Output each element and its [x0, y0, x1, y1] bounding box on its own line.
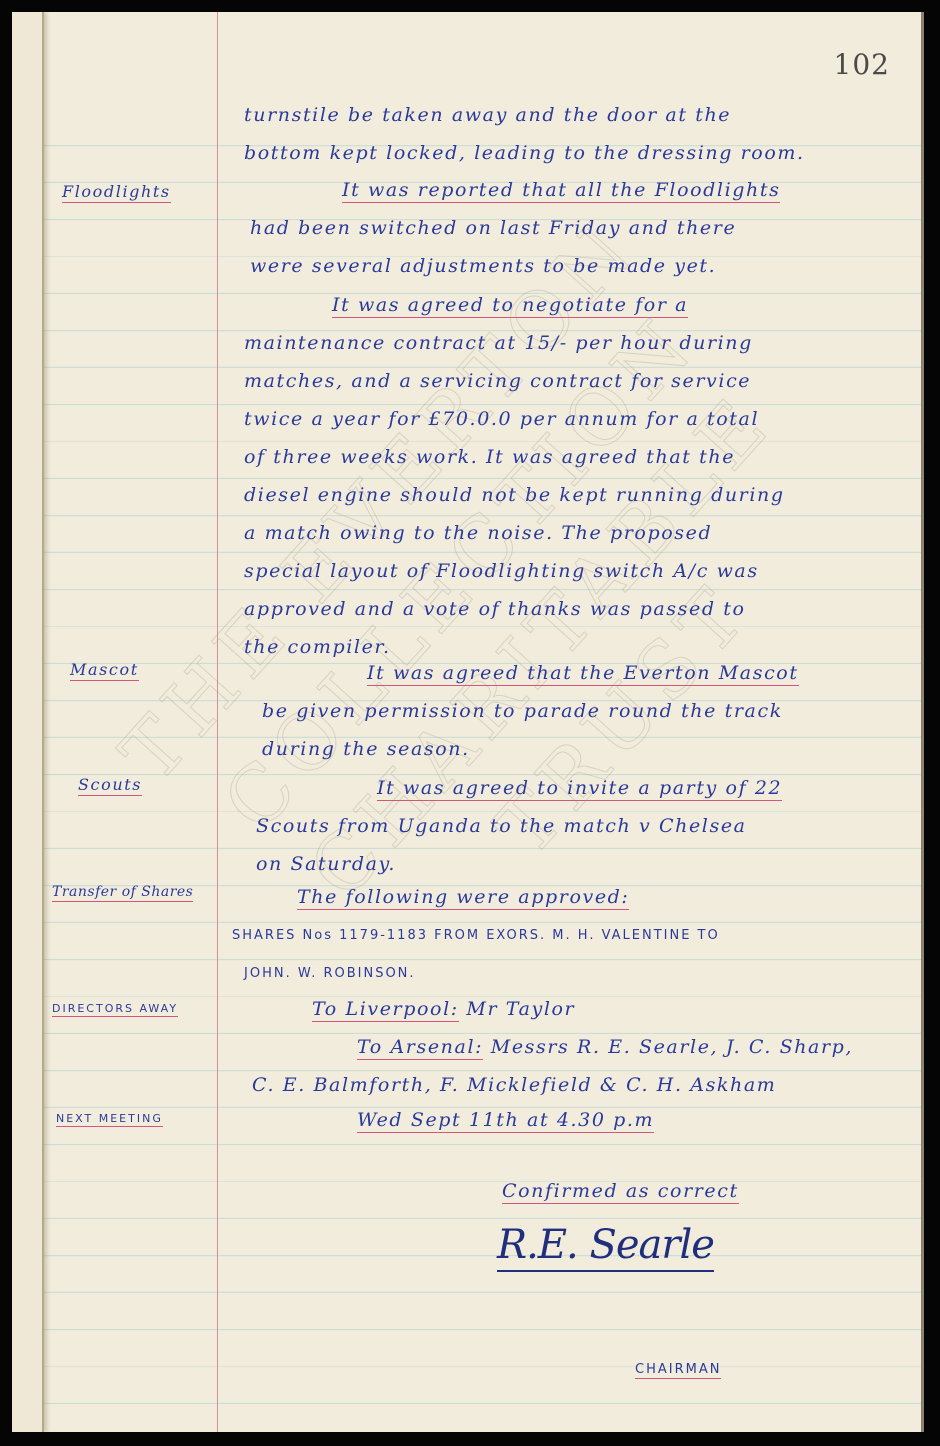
margin-heading-mascot: Mascot [70, 660, 139, 681]
margin-heading-transfer-of-shares: Transfer of Shares [52, 884, 193, 902]
meeting-date: Wed Sept 11th at 4.30 p.m [357, 1109, 654, 1133]
minute-line: bottom kept locked, leading to the dress… [244, 142, 805, 164]
margin-heading-scouts: Scouts [78, 775, 142, 796]
confirmed-as-correct: Confirmed as correct [502, 1180, 739, 1204]
minute-line: be given permission to parade round the … [262, 700, 783, 722]
minute-line: maintenance contract at 15/- per hour du… [244, 332, 753, 354]
ledger-page: 102 THE EVERTON COLLECTION CHARITABLE TR… [12, 12, 924, 1432]
underlined-phrase: It was reported that all the Floodlights [342, 179, 780, 203]
underlined-phrase: To Arsenal: [357, 1036, 483, 1060]
minute-line: a match owing to the noise. The proposed [244, 522, 712, 544]
minute-line: of three weeks work. It was agreed that … [244, 446, 735, 468]
page-number: 102 [834, 48, 890, 81]
binding-fold [12, 12, 44, 1432]
director-names: Messrs R. E. Searle, J. C. Sharp, [491, 1036, 853, 1058]
minute-line: the compiler. [244, 636, 391, 658]
chairman-signature: R.E. Searle [497, 1222, 714, 1272]
underlined-phrase: It was agreed to negotiate for a [332, 294, 688, 318]
confirmation-line: Confirmed as correct [502, 1180, 739, 1202]
margin-heading-next-meeting: NEXT MEETING [56, 1112, 163, 1127]
minute-line: It was agreed that the Everton Mascot [367, 662, 799, 684]
minute-line: JOHN. W. ROBINSON. [244, 966, 416, 981]
director-name: Mr Taylor [466, 998, 575, 1020]
minute-line: C. E. Balmforth, F. Micklefield & C. H. … [252, 1074, 776, 1096]
minute-line: Scouts from Uganda to the match v Chelse… [256, 815, 747, 837]
chairman-label: CHAIRMAN [635, 1362, 721, 1379]
margin-heading-directors-away: DIRECTORS AWAY [52, 1002, 178, 1017]
minute-line: To Liverpool: Mr Taylor [312, 998, 575, 1020]
minute-line: To Arsenal: Messrs R. E. Searle, J. C. S… [357, 1036, 853, 1058]
minute-line: twice a year for £70.0.0 per annum for a… [244, 408, 759, 430]
minute-line: It was agreed to invite a party of 22 [377, 777, 782, 799]
minute-line: It was agreed to negotiate for a [332, 294, 688, 316]
minute-line: matches, and a servicing contract for se… [244, 370, 751, 392]
page-edge [921, 12, 924, 1432]
underlined-phrase: It was agreed to invite a party of 22 [377, 777, 782, 801]
underlined-phrase: To Liverpool: [312, 998, 459, 1022]
minute-line: turnstile be taken away and the door at … [244, 104, 731, 126]
underlined-phrase: The following were approved: [297, 886, 629, 910]
minute-line: SHARES Nos 1179-1183 FROM EXORS. M. H. V… [232, 928, 720, 943]
margin-heading-floodlights: Floodlights [62, 182, 171, 203]
minute-line: during the season. [262, 738, 470, 760]
minute-line: were several adjustments to be made yet. [250, 255, 716, 277]
minute-line: Wed Sept 11th at 4.30 p.m [357, 1109, 654, 1131]
minute-line: It was reported that all the Floodlights [342, 179, 780, 201]
minute-line: approved and a vote of thanks was passed… [244, 598, 746, 620]
minute-line: on Saturday. [256, 853, 396, 875]
underlined-phrase: It was agreed that the Everton Mascot [367, 662, 799, 686]
minute-line: had been switched on last Friday and the… [250, 217, 736, 239]
page-top-margin [12, 12, 924, 109]
minute-line: special layout of Floodlighting switch A… [244, 560, 759, 582]
minute-line: diesel engine should not be kept running… [244, 484, 785, 506]
margin-line [217, 12, 218, 1432]
minute-line: The following were approved: [297, 886, 629, 908]
